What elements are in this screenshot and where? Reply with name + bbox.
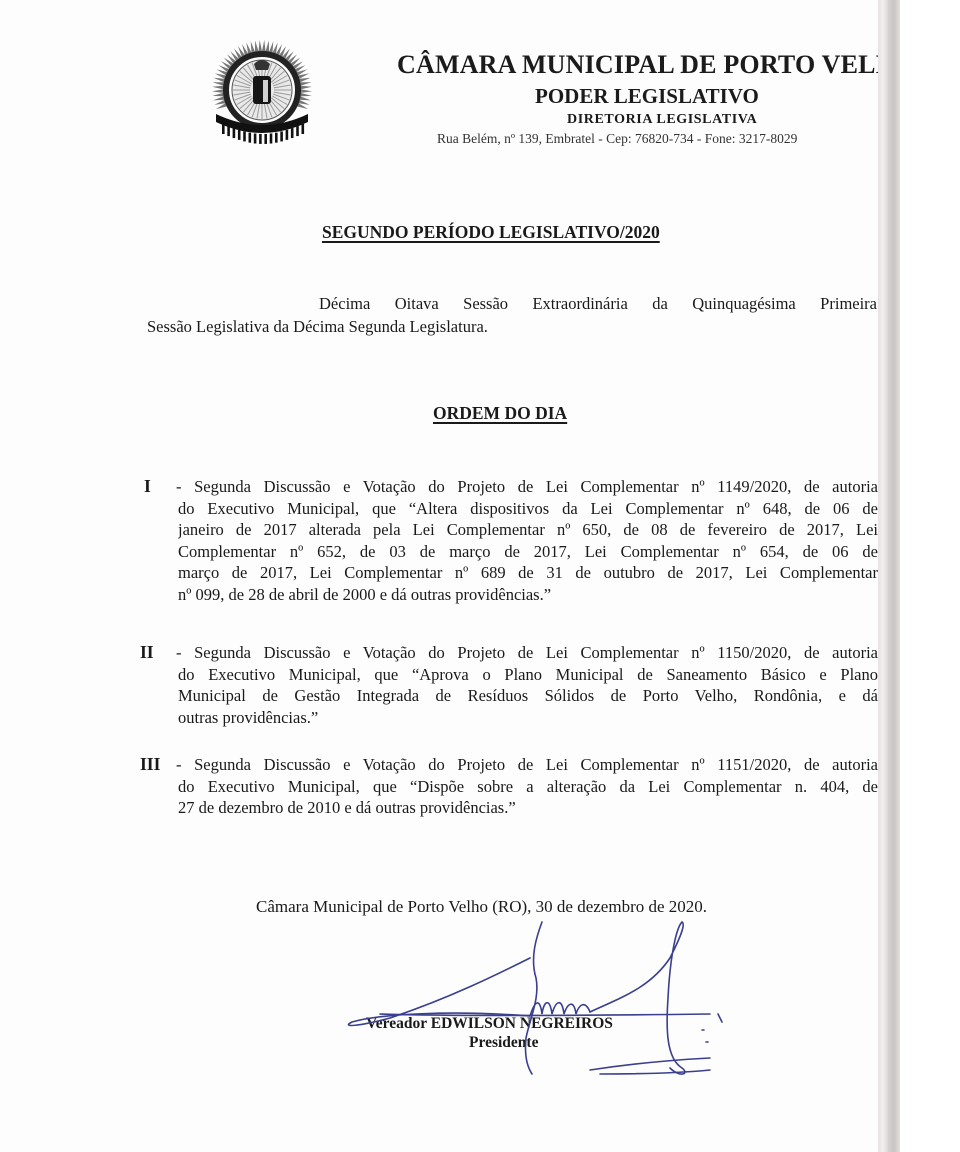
department-name: DIRETORIA LEGISLATIVA — [567, 112, 757, 128]
session-line-1: Décima Oitava Sessão Extraordinária da Q… — [147, 292, 877, 315]
agenda-item-line: nº 099, de 28 de abril de 2000 e dá outr… — [178, 584, 878, 606]
agenda-title: ORDEM DO DIA — [433, 403, 567, 424]
address-line: Rua Belém, nº 139, Embratel - Cep: 76820… — [437, 131, 797, 147]
agenda-item-number: III — [140, 754, 160, 776]
agenda-item-line: - Segunda Discussão e Votação do Projeto… — [176, 642, 878, 664]
period-title: SEGUNDO PERÍODO LEGISLATIVO/2020 — [322, 222, 660, 243]
agenda-item-line: Municipal de Gestão Integrada de Resíduo… — [178, 685, 878, 707]
agenda-item-line: março de 2017, Lei Complementar nº 689 d… — [178, 562, 878, 584]
agenda-item-line: do Executivo Municipal, que “Aprova o Pl… — [178, 664, 878, 686]
agenda-item-line: outras providências.” — [178, 707, 878, 729]
branch-name: PODER LEGISLATIVO — [535, 84, 759, 109]
agenda-item-line: janeiro de 2017 alterada pela Lei Comple… — [178, 519, 878, 541]
agenda-item-line: - Segunda Discussão e Votação do Projeto… — [176, 754, 878, 776]
agenda-item-line: do Executivo Municipal, que “Dispõe sobr… — [178, 776, 878, 798]
agenda-item-line: do Executivo Municipal, que “Altera disp… — [178, 498, 878, 520]
institution-name: CÂMARA MUNICIPAL DE PORTO VELHO — [397, 50, 917, 80]
agenda-item-number: II — [140, 642, 154, 664]
agenda-item-line: - Segunda Discussão e Votação do Projeto… — [176, 476, 878, 498]
municipal-coat-of-arms-icon — [208, 40, 316, 148]
scan-edge-shadow — [888, 0, 900, 1152]
scan-edge-shadow — [878, 0, 888, 1152]
document-page: CÂMARA MUNICIPAL DE PORTO VELHO PODER LE… — [0, 0, 960, 1152]
agenda-item-line: 27 de dezembro de 2010 e dá outras provi… — [178, 797, 878, 819]
agenda-item-text: - Segunda Discussão e Votação do Projeto… — [178, 754, 878, 819]
session-description: Décima Oitava Sessão Extraordinária da Q… — [147, 292, 877, 338]
session-line-2: Sessão Legislativa da Décima Segunda Leg… — [147, 315, 877, 338]
agenda-item-number: I — [144, 476, 151, 498]
place-and-date: Câmara Municipal de Porto Velho (RO), 30… — [256, 897, 707, 917]
handwritten-signature — [330, 918, 750, 1078]
agenda-item-text: - Segunda Discussão e Votação do Projeto… — [178, 642, 878, 728]
agenda-item-line: Complementar nº 652, de 03 de março de 2… — [178, 541, 878, 563]
agenda-item-text: - Segunda Discussão e Votação do Projeto… — [178, 476, 878, 605]
